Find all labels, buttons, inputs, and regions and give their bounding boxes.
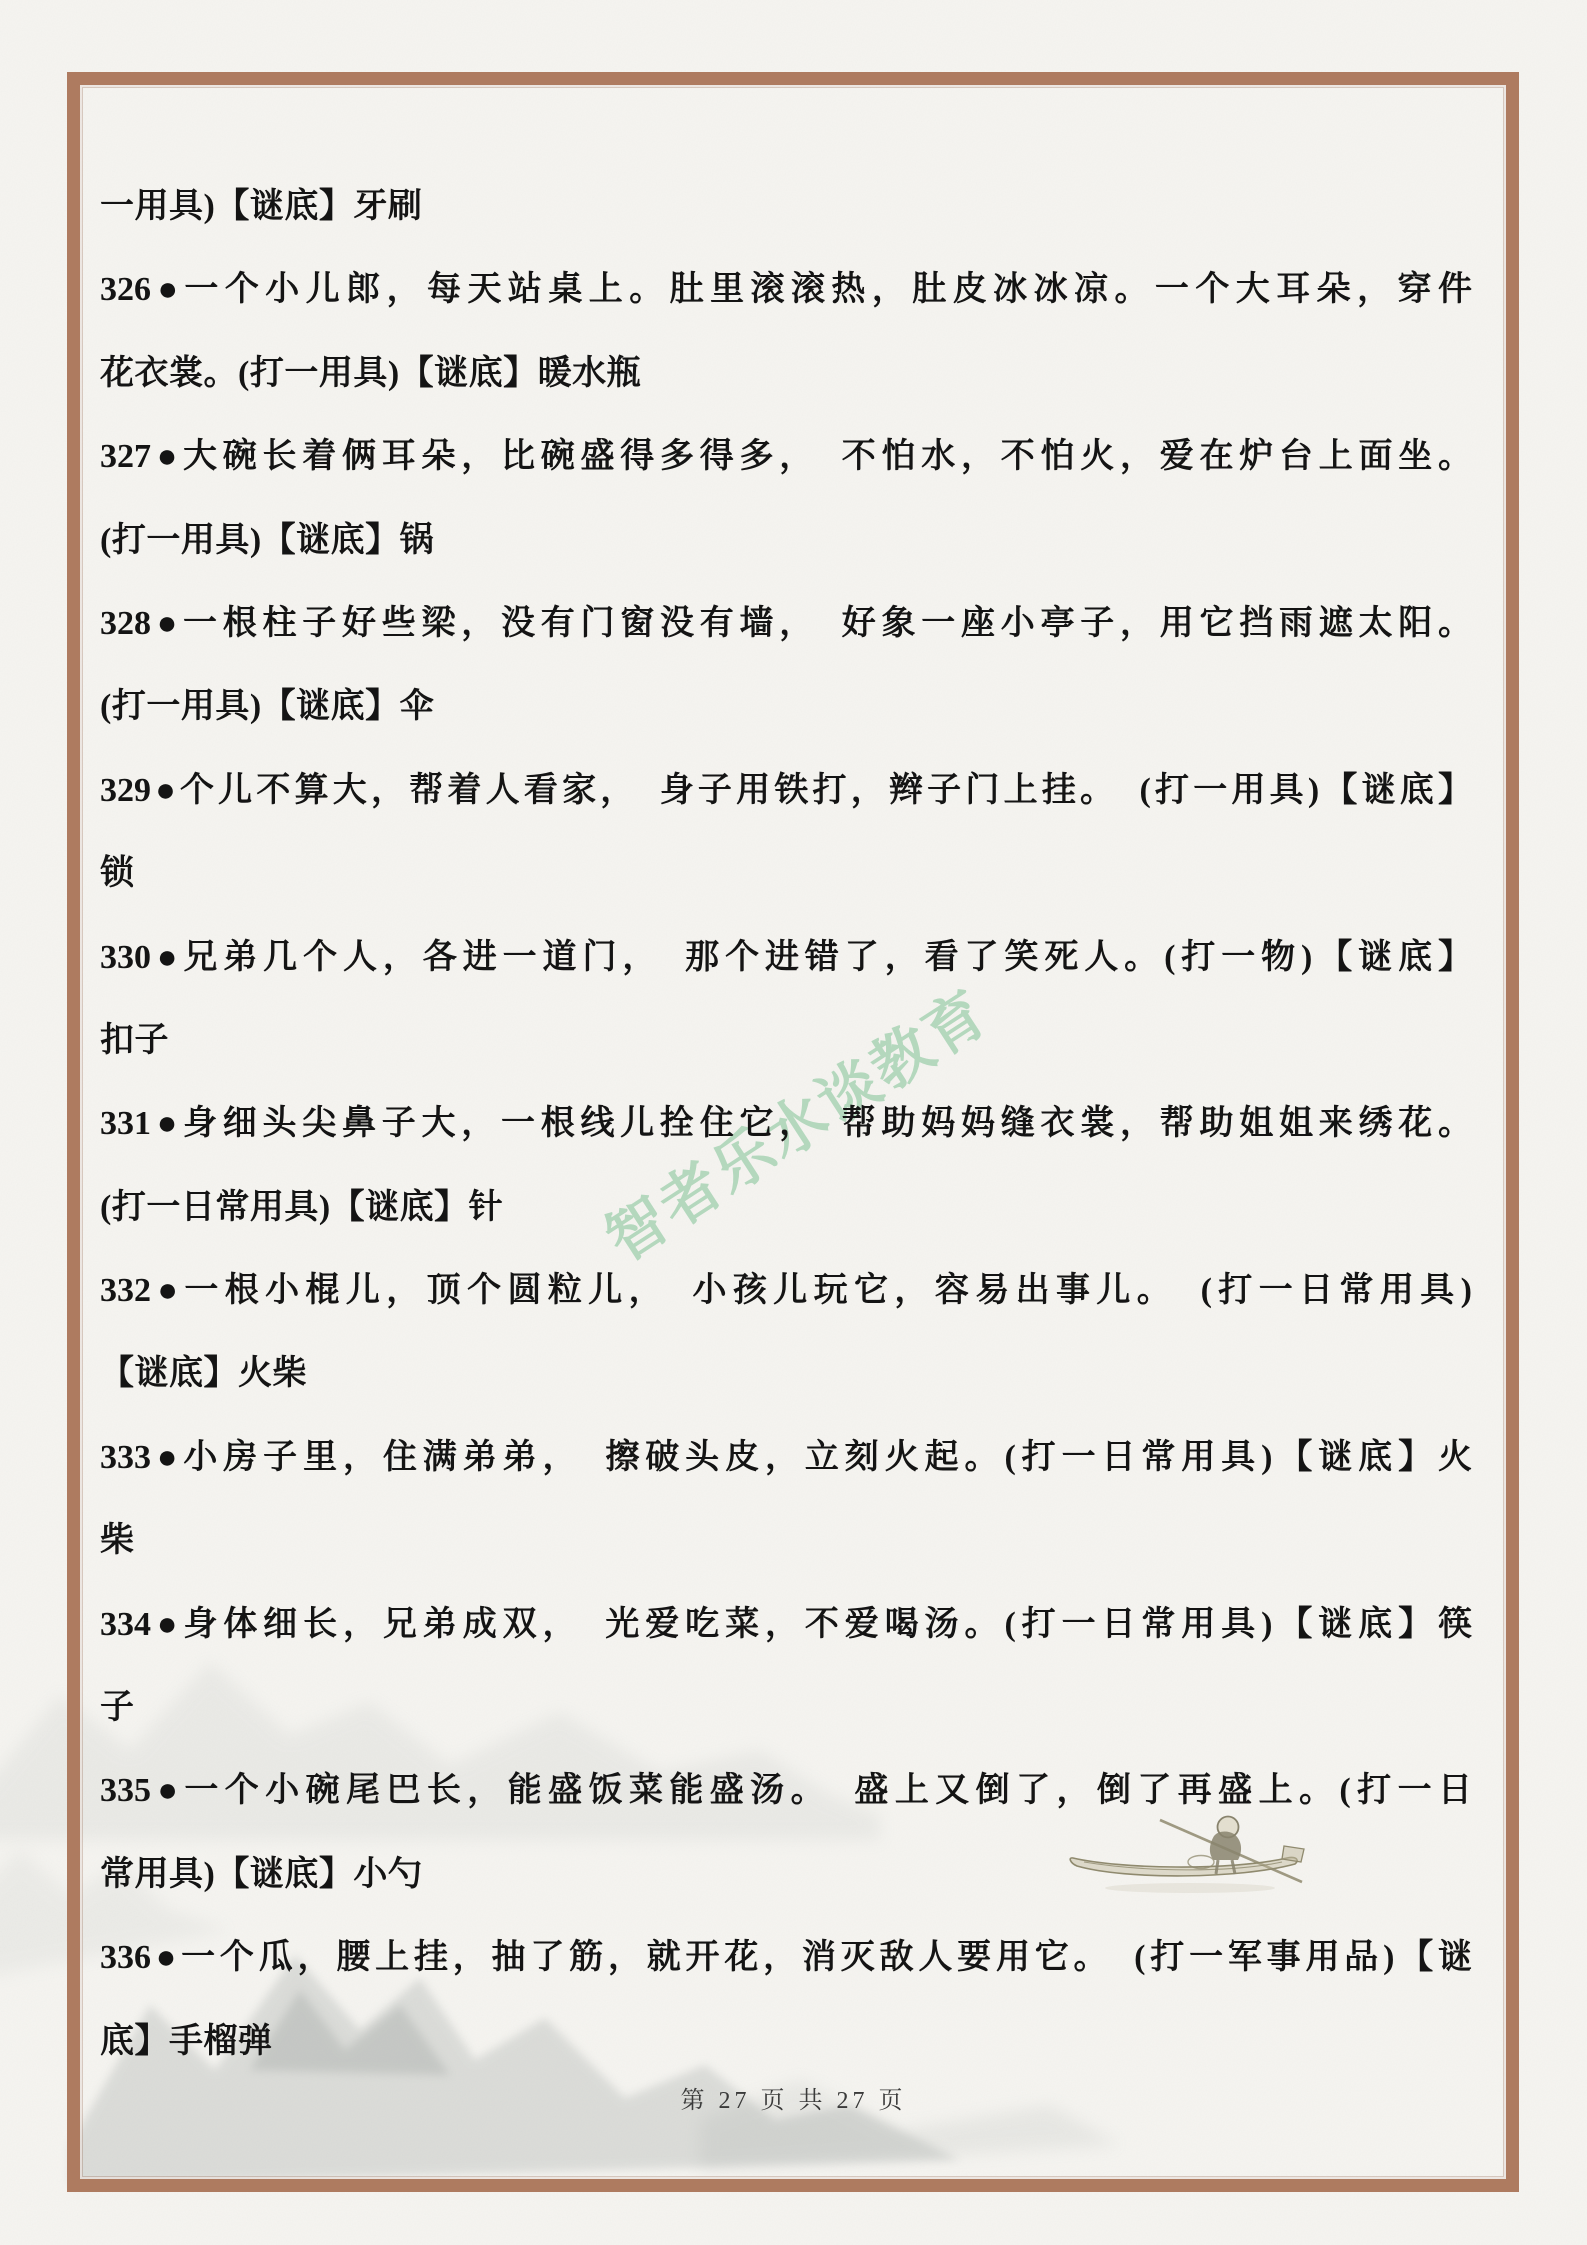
document-line: 柴 xyxy=(100,1499,1472,1582)
document-line: 【谜底】火柴 xyxy=(100,1332,1472,1415)
document-line: (打一用具)【谜底】锅 xyxy=(100,499,1472,582)
document-line: 331●身细头尖鼻子大，一根线儿拴住它， 帮助妈妈缝衣裳，帮助姐姐来绣花。 xyxy=(100,1082,1472,1165)
document-line: 扣子 xyxy=(100,999,1472,1082)
document-line: (打一用具)【谜底】伞 xyxy=(100,665,1472,748)
document-line: 330●兄弟几个人，各进一道门， 那个进错了，看了笑死人。(打一物)【谜底】 xyxy=(100,916,1472,999)
document-line: 334●身体细长，兄弟成双， 光爱吃菜，不爱喝汤。(打一日常用具)【谜底】筷 xyxy=(100,1583,1472,1666)
document-line: 底】手榴弹 xyxy=(100,2000,1472,2083)
document-line: 锁 xyxy=(100,832,1472,915)
document-line: 335●一个小碗尾巴长，能盛饭菜能盛汤。 盛上又倒了，倒了再盛上。(打一日 xyxy=(100,1749,1472,1832)
document-line: 333●小房子里，住满弟弟， 擦破头皮，立刻火起。(打一日常用具)【谜底】火 xyxy=(100,1416,1472,1499)
document-text: 一用具)【谜底】牙刷 326●一个小儿郎，每天站桌上。肚里滚滚热，肚皮冰冰凉。一… xyxy=(100,165,1472,2083)
document-line: 329●个儿不算大，帮着人看家， 身子用铁打，辫子门上挂。 (打一用具)【谜底】 xyxy=(100,749,1472,832)
document-line: 328●一根柱子好些梁，没有门窗没有墙， 好象一座小亭子，用它挡雨遮太阳。 xyxy=(100,582,1472,665)
document-line: 花衣裳。(打一用具)【谜底】暖水瓶 xyxy=(100,332,1472,415)
document-line: 332●一根小棍儿，顶个圆粒儿， 小孩儿玩它，容易出事儿。 (打一日常用具) xyxy=(100,1249,1472,1332)
document-line: 常用具)【谜底】小勺 xyxy=(100,1833,1472,1916)
document-line: 327●大碗长着俩耳朵，比碗盛得多得多， 不怕水，不怕火，爱在炉台上面坐。 xyxy=(100,415,1472,498)
document-line: (打一日常用具)【谜底】针 xyxy=(100,1166,1472,1249)
document-line: 336●一个瓜，腰上挂，抽了筋，就开花，消灭敌人要用它。 (打一军事用品)【谜 xyxy=(100,1916,1472,1999)
document-line: 一用具)【谜底】牙刷 xyxy=(100,165,1472,248)
page-number: 第 27 页 共 27 页 xyxy=(0,2080,1587,2115)
document-line: 子 xyxy=(100,1666,1472,1749)
document-page: 智者乐水谈教育 一用具)【谜底】牙刷 326●一个小儿郎，每天站桌上。肚里滚滚热… xyxy=(0,0,1587,2245)
document-line: 326●一个小儿郎，每天站桌上。肚里滚滚热，肚皮冰冰凉。一个大耳朵，穿件 xyxy=(100,248,1472,331)
